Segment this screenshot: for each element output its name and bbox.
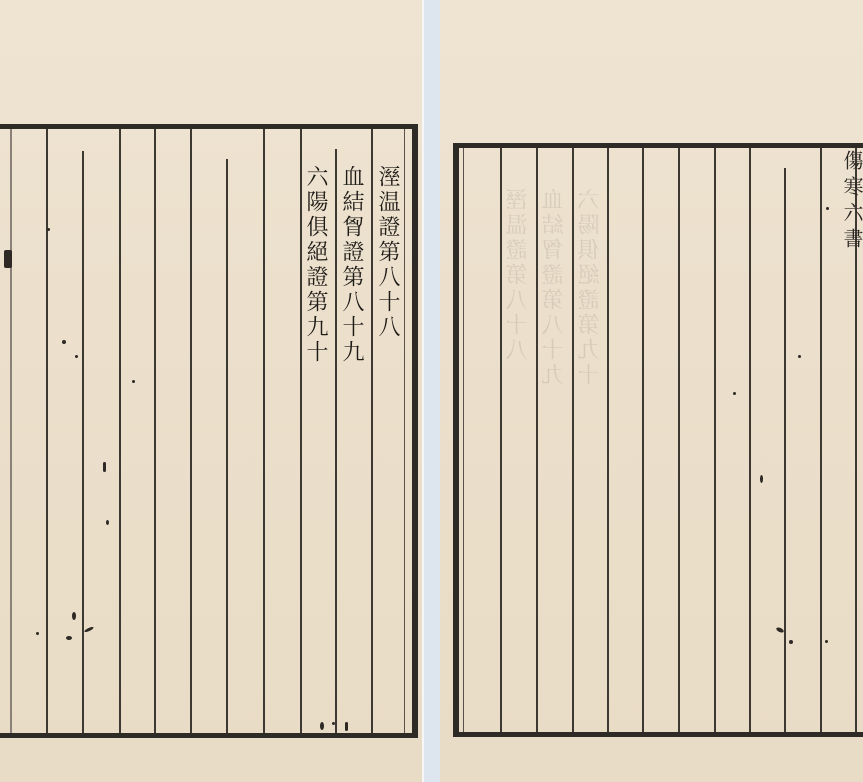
column-rule <box>607 148 609 732</box>
ink-speck <box>733 392 736 395</box>
column-rule <box>10 129 12 733</box>
column-rule <box>119 129 121 733</box>
column-rule <box>154 129 156 733</box>
edge-ink-block <box>4 250 12 268</box>
column-rule <box>371 129 373 733</box>
ink-speck <box>760 475 763 483</box>
bleed-through-text: 溼温證第八十八 <box>503 188 534 363</box>
column-rule <box>572 148 574 732</box>
left-page-frame: 溼温證第八十八 血結胷證第八十九 六陽俱絕證第九十 <box>0 124 418 738</box>
column-rule <box>82 151 84 733</box>
ink-speck <box>332 722 335 725</box>
bleed-through-text: 血結胷證第八十九 <box>539 188 570 388</box>
ink-speck <box>62 340 66 344</box>
column-rule <box>820 148 822 732</box>
page-gutter-divider <box>422 0 442 782</box>
bleed-through-text: 六陽俱絕證第九十 <box>575 188 606 388</box>
chapter-title-90: 六陽俱絕證第九十 <box>302 165 328 365</box>
ink-speck <box>66 636 72 640</box>
ink-speck <box>75 355 78 358</box>
inner-border-rule <box>463 148 464 732</box>
ink-speck <box>103 462 106 472</box>
column-rule <box>335 149 337 733</box>
inner-border-rule <box>404 129 405 733</box>
column-rule <box>642 148 644 732</box>
column-rule <box>226 159 228 733</box>
column-rule <box>190 129 192 733</box>
ink-speck <box>106 520 109 525</box>
ink-speck <box>798 355 801 358</box>
chapter-title-89: 血結胷證第八十九 <box>338 165 364 365</box>
ink-speck <box>47 228 50 231</box>
ink-speck <box>132 380 135 383</box>
column-rule <box>678 148 680 732</box>
ink-speck <box>825 640 828 643</box>
column-rule <box>46 129 48 733</box>
column-rule <box>500 148 502 732</box>
ink-speck <box>826 207 829 210</box>
chapter-title-88: 溼温證第八十八 <box>374 165 400 340</box>
column-rule <box>714 148 716 732</box>
right-page-frame: 溼温證第八十八 血結胷證第八十九 六陽俱絕證第九十 <box>453 143 863 737</box>
column-rule <box>263 129 265 733</box>
left-page: 溼温證第八十八 血結胷證第八十九 六陽俱絕證第九十 <box>0 0 422 782</box>
ink-speck <box>72 612 76 620</box>
ink-speck <box>320 722 324 730</box>
right-page: 溼温證第八十八 血結胷證第八十九 六陽俱絕證第九十 傷寒六書 <box>440 0 863 782</box>
column-rule <box>784 168 786 732</box>
ink-speck <box>345 722 348 731</box>
ink-speck <box>36 632 39 635</box>
edge-banner-fragment: 傷寒六書 <box>838 150 863 254</box>
column-rule <box>749 148 751 732</box>
ink-speck <box>789 640 793 644</box>
column-rule <box>536 148 538 732</box>
